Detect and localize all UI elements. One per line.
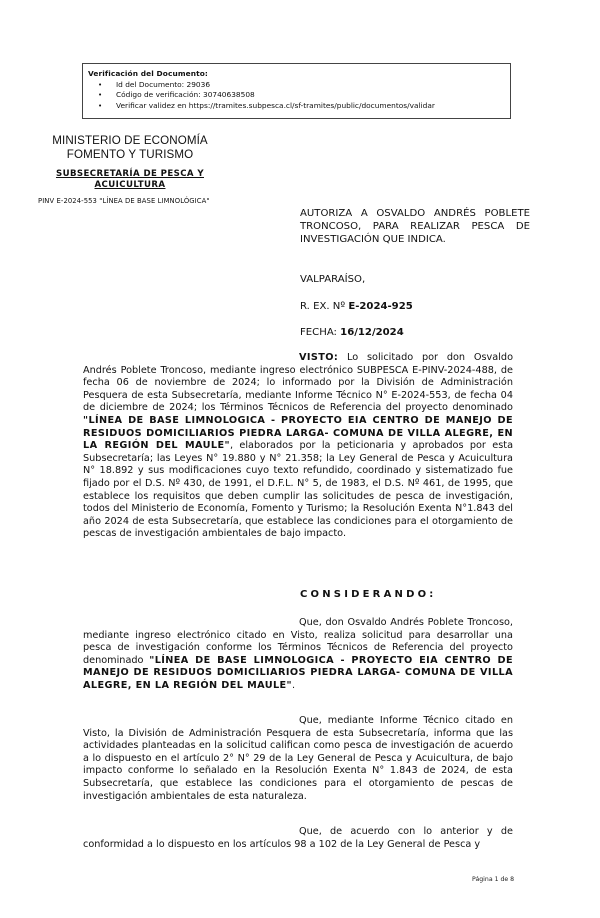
ministry-line-1: MINISTERIO DE ECONOMÍA (30, 134, 230, 148)
page-number: Página 1 de 8 (472, 876, 514, 883)
resolution-date-label: FECHA: (300, 327, 337, 338)
resolution-number: R. EX. Nº E-2024-925 (300, 301, 413, 312)
verification-title: Verificación del Documento: (88, 69, 504, 80)
subsecretaria-line-2: ACUICULTURA (30, 180, 230, 191)
resolution-date-value: 16/12/2024 (340, 327, 404, 338)
subsecretaria-line-1: SUBSECRETARÍA DE PESCA Y (30, 169, 230, 180)
document-id: Id del Documento: 29036 (116, 80, 504, 91)
ministry-name: MINISTERIO DE ECONOMÍA FOMENTO Y TURISMO (30, 134, 230, 162)
visto-label: VISTO: (299, 352, 338, 363)
subsecretaria-name: SUBSECRETARÍA DE PESCA Y ACUICULTURA (30, 169, 230, 191)
resolution-number-value: E-2024-925 (348, 301, 412, 312)
ministry-line-2: FOMENTO Y TURISMO (30, 148, 230, 162)
verification-box: Verificación del Documento: Id del Docum… (82, 63, 511, 119)
visto-paragraph: VISTO: Lo solicitado por don Osvaldo And… (83, 352, 513, 541)
file-reference: PINV E-2024-553 "LÍNEA DE BASE LIMNOLÓGI… (38, 197, 210, 205)
verification-code: Código de verificación: 30740638508 (116, 90, 504, 101)
place-line: VALPARAÍSO, (300, 274, 365, 285)
considerando-paragraph-2: Que, mediante Informe Técnico citado en … (83, 715, 513, 803)
verification-url[interactable]: Verificar validez en https://tramites.su… (116, 101, 504, 112)
resolution-summary: AUTORIZA A OSVALDO ANDRÉS POBLETE TRONCO… (300, 208, 530, 246)
considerando-paragraph-1: Que, don Osvaldo Andrés Poblete Troncoso… (83, 617, 513, 693)
resolution-number-label: R. EX. Nº (300, 301, 345, 312)
resolution-date: FECHA: 16/12/2024 (300, 327, 404, 338)
document-page: Verificación del Documento: Id del Docum… (0, 0, 600, 918)
verification-list: Id del Documento: 29036 Código de verifi… (88, 80, 504, 112)
considerando-paragraph-3: Que, de acuerdo con lo anterior y de con… (83, 826, 513, 851)
considerando-heading: CONSIDERANDO: (300, 589, 436, 600)
